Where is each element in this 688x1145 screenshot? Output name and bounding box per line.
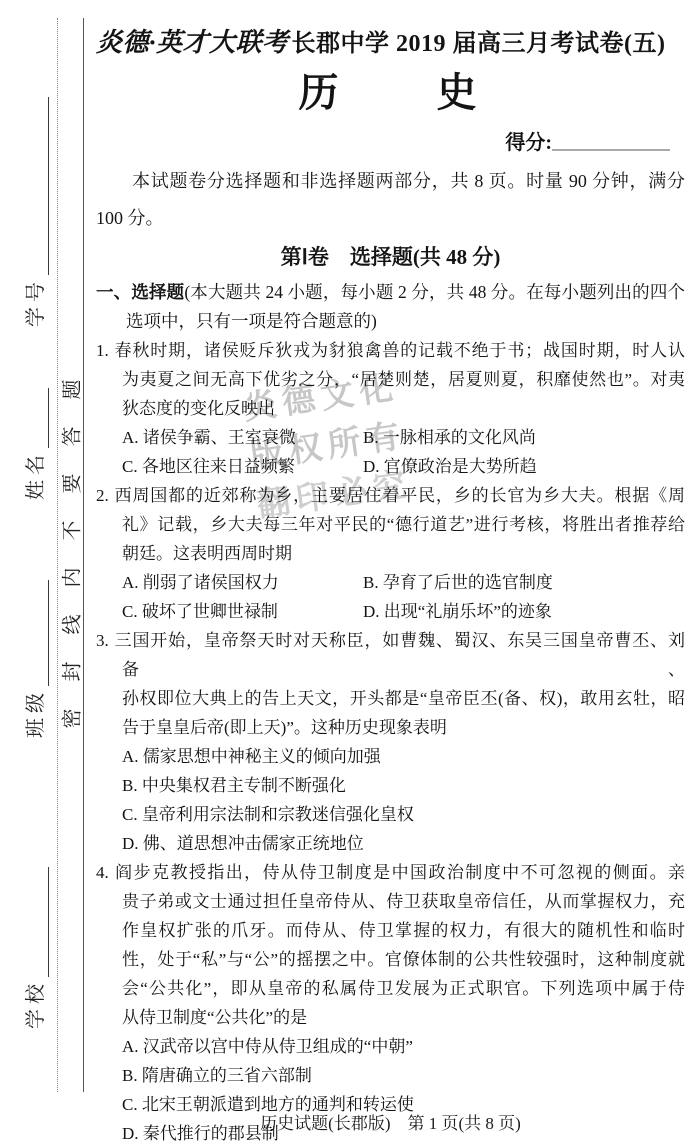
exam-title-rest: 长郡中学 2019 届高三月考试卷(五)	[292, 31, 666, 57]
part-intro-line: 一、选择题(本大题共 24 小题，每小题 2 分，共 48 分。在每小题列出的四…	[96, 278, 685, 307]
seal-line-notice: 密封线内不要答题	[56, 326, 85, 756]
exam-content: 炎德·英才大联考长郡中学 2019 届高三月考试卷(五) 历 史 得分: 本试题…	[96, 0, 685, 1145]
question-stem-line: 1.春秋时期，诸侯贬斥狄戎为豺狼禽兽的记载不绝于书；战国时期，时人认	[96, 336, 685, 365]
class-label: 班级	[23, 688, 49, 738]
class-blank-line	[25, 580, 49, 686]
question-stem-line: 3.三国开始，皇帝祭天时对天称臣，如曹魏、蜀汉、东吴三国皇帝曹丕、刘备、	[96, 626, 685, 684]
option-b: B. 隋唐确立的三省六部制	[96, 1061, 685, 1090]
student-id-label: 学号	[23, 277, 49, 327]
question-number: 1.	[96, 341, 109, 360]
part-intro-line: 选项中，只有一项是符合题意的)	[96, 307, 685, 336]
question-stem-line: 作皇权扩张的爪牙。而侍从、侍卫掌握的权力，有很大的随机性和临时	[96, 916, 685, 945]
option-d: D. 官僚政治是大势所趋	[363, 452, 537, 481]
question-stem-line: 性，处于“私”与“公”的摇摆之中。官僚体制的公共性较强时，这种制度就	[96, 945, 685, 974]
exam-instructions: 本试题卷分选择题和非选择题两部分，共 8 页。时量 90 分钟，满分 100 分…	[96, 163, 685, 237]
question-stem-line: 会“公共化”，即从皇帝的私属侍卫发展为正式职官。下列选项中属于侍	[96, 974, 685, 1003]
school-field: 学校	[23, 867, 49, 1029]
question-stem-line: 从侍卫制度“公共化”的是	[96, 1003, 685, 1032]
question-2: 2.西周国都的近郊称为乡，主要居住着平民，乡的长官为乡大夫。根据《周 礼》记载，…	[96, 481, 685, 626]
student-name-label: 姓名	[23, 450, 49, 500]
question-stem-line: 为夷夏之间无高下优劣之分，“居楚则楚，居夏则夏，积靡使然也”。对夷	[96, 365, 685, 394]
score-row: 得分:	[96, 126, 685, 154]
score-blank-line	[552, 131, 670, 151]
exam-paper-page: { "header": { "brand": "炎德·英才大联考", "titl…	[0, 0, 688, 1145]
question-stem-line: 狄态度的变化反映出	[96, 394, 685, 423]
score-label: 得分:	[505, 132, 552, 154]
option-c: C. 皇帝利用宗法制和宗教迷信强化皇权	[96, 800, 685, 829]
question-number: 3.	[96, 631, 109, 650]
stem-text: 西周国都的近郊称为乡，主要居住着平民，乡的长官为乡大夫。根据《周	[114, 486, 685, 505]
option-c: C. 各地区往来日益频繁	[122, 452, 363, 481]
section-heading: 第Ⅰ卷 选择题(共 48 分)	[96, 242, 685, 273]
instruction-line: 本试题卷分选择题和非选择题两部分，共 8 页。时量 90 分钟，满分	[96, 163, 685, 200]
exam-brand: 炎德·英才大联考	[96, 28, 289, 57]
school-label: 学校	[23, 979, 49, 1029]
question-stem-line: 告于皇皇后帝(即上天)”。这种历史现象表明	[96, 713, 685, 742]
subject-title: 历 史	[96, 69, 685, 117]
part-one-intro: 一、选择题(本大题共 24 小题，每小题 2 分，共 48 分。在每小题列出的四…	[96, 278, 685, 336]
part-note: (本大题共 24 小题，每小题 2 分，共 48 分。在每小题列出的四个	[184, 282, 685, 302]
stem-text: 春秋时期，诸侯贬斥狄戎为豺狼禽兽的记载不绝于书；战国时期，时人认	[114, 341, 685, 360]
option-row: A. 削弱了诸侯国权力 B. 孕育了后世的选官制度	[96, 568, 685, 597]
option-d: D. 佛、道思想冲击儒家正统地位	[96, 829, 685, 858]
question-stem-line: 贵子弟或文士通过担任皇帝侍从、侍卫获取皇帝信任，从而掌握权力，充	[96, 887, 685, 916]
question-stem-line: 礼》记载，乡大夫每三年对平民的“德行道艺”进行考核，将胜出者推荐给	[96, 510, 685, 539]
student-id-blank-line	[25, 97, 49, 275]
exam-title: 炎德·英才大联考长郡中学 2019 届高三月考试卷(五)	[96, 22, 685, 59]
class-field: 班级	[23, 580, 49, 738]
question-4: 4.阎步克教授指出，侍从侍卫制度是中国政治制度中不可忽视的侧面。亲 贵子弟或文士…	[96, 858, 685, 1145]
option-a: A. 削弱了诸侯国权力	[122, 568, 363, 597]
question-3: 3.三国开始，皇帝祭天时对天称臣，如曹魏、蜀汉、东吴三国皇帝曹丕、刘备、 孙权即…	[96, 626, 685, 858]
question-1: 1.春秋时期，诸侯贬斥狄戎为豺狼禽兽的记载不绝于书；战国时期，时人认 为夷夏之间…	[96, 336, 685, 481]
option-a: A. 儒家思想中神秘主义的倾向加强	[96, 742, 685, 771]
question-stem-line: 朝廷。这表明西周时期	[96, 539, 685, 568]
question-number: 4.	[96, 863, 109, 882]
instruction-line: 100 分。	[96, 200, 685, 237]
student-name-field: 姓名	[23, 388, 49, 500]
part-label: 一、选择题	[96, 282, 184, 302]
option-row: C. 各地区往来日益频繁 D. 官僚政治是大势所趋	[96, 452, 685, 481]
option-a: A. 汉武帝以宫中侍从侍卫组成的“中朝”	[96, 1032, 685, 1061]
stem-text: 三国开始，皇帝祭天时对天称臣，如曹魏、蜀汉、东吴三国皇帝曹丕、刘备、	[114, 631, 685, 679]
student-name-blank-line	[25, 388, 49, 448]
page-footer: 历史试题(长郡版) 第 1 页(共 8 页)	[96, 1109, 685, 1134]
option-b: B. 孕育了后世的选官制度	[363, 568, 553, 597]
option-row: C. 破坏了世卿世禄制 D. 出现“礼崩乐坏”的迹象	[96, 597, 685, 626]
question-number: 2.	[96, 486, 109, 505]
question-stem-line: 2.西周国都的近郊称为乡，主要居住着平民，乡的长官为乡大夫。根据《周	[96, 481, 685, 510]
option-c: C. 破坏了世卿世禄制	[122, 597, 363, 626]
question-stem-line: 孙权即位大典上的告上天文，开头都是“皇帝臣丕(备、权)，敢用玄牡，昭	[96, 684, 685, 713]
option-b: B. 一脉相承的文化风尚	[363, 423, 536, 452]
stem-text: 阎步克教授指出，侍从侍卫制度是中国政治制度中不可忽视的侧面。亲	[114, 863, 685, 882]
option-b: B. 中央集权君主专制不断强化	[96, 771, 685, 800]
question-stem-line: 4.阎步克教授指出，侍从侍卫制度是中国政治制度中不可忽视的侧面。亲	[96, 858, 685, 887]
student-id-field: 学号	[23, 97, 49, 327]
option-d: D. 出现“礼崩乐坏”的迹象	[363, 597, 552, 626]
school-blank-line	[25, 867, 49, 977]
option-a: A. 诸侯争霸、王室衰微	[122, 423, 363, 452]
option-row: A. 诸侯争霸、王室衰微 B. 一脉相承的文化风尚	[96, 423, 685, 452]
